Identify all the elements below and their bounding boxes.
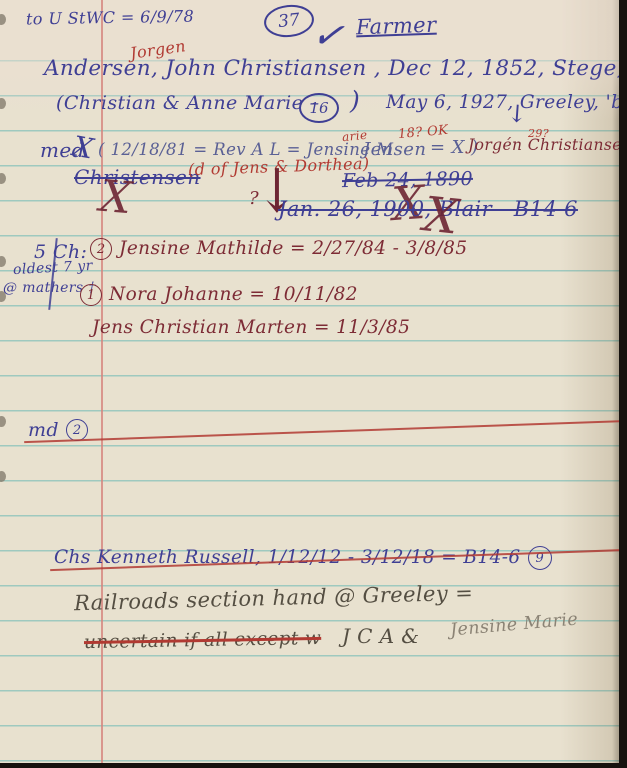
- red-margin-line: [101, 0, 103, 768]
- scan-edge: [619, 0, 627, 768]
- marriage-x-mark: X: [71, 132, 96, 163]
- parents-ref-badge: 16: [299, 93, 339, 123]
- groom-age-note: 29?: [528, 128, 549, 139]
- child-number-badge: 1: [80, 284, 102, 306]
- x-strikeout-icon: X: [422, 190, 461, 241]
- crossed-russell-line: Chs Kenneth Russell, 1/12/12 - 3/12/18 =…: [54, 546, 627, 570]
- crossed-uncertain-note: uncertain if all except w: [84, 630, 322, 653]
- child-name: Jens Christian Marten = 11/3/85: [92, 319, 410, 338]
- md-number-badge: 2: [66, 419, 88, 441]
- notebook-page: to U StWC = 6/9/78 37 ✓ Farmer Jorgen An…: [0, 0, 627, 768]
- pencil-name-note: Jensine Marie: [449, 611, 578, 640]
- groom-name: Jorgén Christiansen: [468, 138, 627, 154]
- child-name: Jensine Mathilde = 2/27/84 - 3/8/85: [119, 240, 468, 259]
- parents-line: (Christian & Anne Marie –: [56, 94, 320, 113]
- parents-close-paren: ): [350, 88, 360, 113]
- binding-notch: [0, 98, 6, 109]
- child-number-badge: 2: [90, 238, 112, 260]
- child-row: 2 Jensine Mathilde = 2/27/84 - 3/8/85: [90, 238, 468, 260]
- margin-note-oldest: oldest 7 yr: [13, 259, 93, 277]
- initials-note: J C A &: [342, 626, 419, 646]
- checkmark-icon: ✓: [310, 14, 347, 56]
- md-text: md: [28, 421, 59, 440]
- binding-notch: [0, 416, 6, 427]
- binding-notch: [0, 173, 6, 184]
- x-strikeout-icon: X: [98, 175, 133, 222]
- parents-ref-number: 16: [309, 99, 328, 117]
- page-number-badge: 37: [262, 2, 315, 39]
- crossed-surname: Christensen: [74, 167, 201, 187]
- binding-notch: [0, 14, 6, 25]
- russell-text: Chs Kenneth Russell, 1/12/12 - 3/12/18 =…: [54, 549, 521, 568]
- bride-surname: Jensen: [363, 141, 426, 159]
- child-name: Nora Johanne = 10/11/82: [109, 286, 358, 305]
- name-line: Andersen, John Christiansen , Dec 12, 18…: [44, 58, 627, 80]
- crossed-md-note: md 2: [28, 419, 627, 441]
- child-row: Jens Christian Marten = 11/3/85: [92, 319, 410, 338]
- binding-notch: [0, 256, 6, 267]
- scan-edge: [0, 763, 627, 768]
- russell-number-badge: 9: [528, 546, 552, 570]
- filed-note: to U StWC = 6/9/78: [26, 9, 194, 28]
- binding-notch: [0, 471, 6, 482]
- occupation-note: Railroads section hand @ Greeley =: [74, 583, 474, 614]
- small-down-arrow-icon: ↓: [506, 101, 528, 126]
- child-row: 1 Nora Johanne = 10/11/82: [80, 284, 358, 306]
- occupation-label: Farmer: [356, 15, 437, 39]
- page-number: 37: [277, 10, 301, 32]
